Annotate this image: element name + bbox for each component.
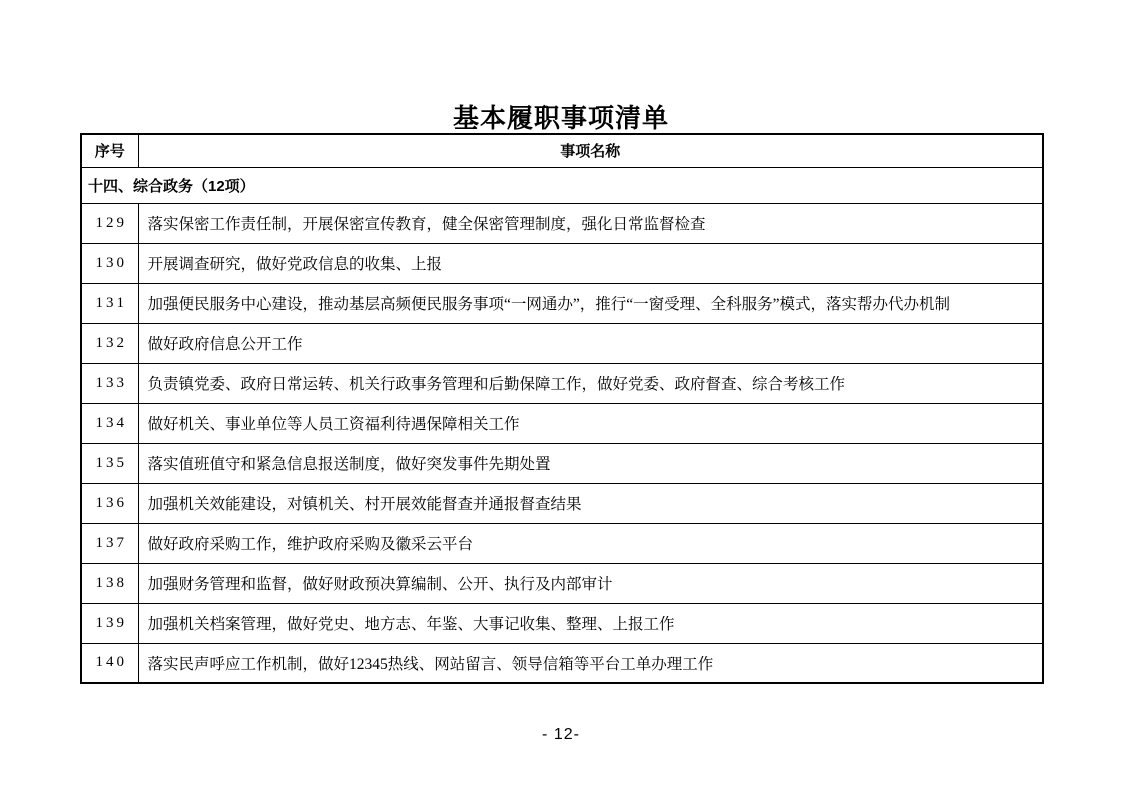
item-name: 开展调查研究，做好党政信息的收集、上报 (138, 243, 1043, 283)
item-number: 131 (81, 283, 138, 323)
column-header-no: 序号 (81, 134, 138, 167)
table-header-row: 序号 事项名称 (81, 134, 1043, 167)
item-number: 137 (81, 523, 138, 563)
table-row: 135 落实值班值守和紧急信息报送制度，做好突发事件先期处置 (81, 443, 1043, 483)
column-header-name: 事项名称 (138, 134, 1043, 167)
item-name: 落实值班值守和紧急信息报送制度，做好突发事件先期处置 (138, 443, 1043, 483)
section-title: 十四、综合政务（12项） (81, 167, 1043, 203)
item-number: 135 (81, 443, 138, 483)
item-name: 负责镇党委、政府日常运转、机关行政事务管理和后勤保障工作，做好党委、政府督查、综… (138, 363, 1043, 403)
item-name: 加强机关效能建设，对镇机关、村开展效能督查并通报督查结果 (138, 483, 1043, 523)
table-row: 131 加强便民服务中心建设，推动基层高频便民服务事项“一网通办”，推行“一窗受… (81, 283, 1043, 323)
duty-items-table: 序号 事项名称 十四、综合政务（12项） 129 落实保密工作责任制，开展保密宣… (80, 133, 1044, 684)
table-row: 140 落实民声呼应工作机制，做好12345热线、网站留言、领导信箱等平台工单办… (81, 643, 1043, 683)
item-name: 做好政府采购工作，维护政府采购及徽采云平台 (138, 523, 1043, 563)
item-name: 落实民声呼应工作机制，做好12345热线、网站留言、领导信箱等平台工单办理工作 (138, 643, 1043, 683)
item-number: 133 (81, 363, 138, 403)
table-body: 129 落实保密工作责任制，开展保密宣传教育，健全保密管理制度，强化日常监督检查… (81, 203, 1043, 683)
item-number: 138 (81, 563, 138, 603)
item-name: 加强便民服务中心建设，推动基层高频便民服务事项“一网通办”，推行“一窗受理、全科… (138, 283, 1043, 323)
item-name: 做好机关、事业单位等人员工资福利待遇保障相关工作 (138, 403, 1043, 443)
item-number: 136 (81, 483, 138, 523)
item-number: 132 (81, 323, 138, 363)
item-number: 134 (81, 403, 138, 443)
table-row: 132 做好政府信息公开工作 (81, 323, 1043, 363)
item-number: 139 (81, 603, 138, 643)
table-row: 129 落实保密工作责任制，开展保密宣传教育，健全保密管理制度，强化日常监督检查 (81, 203, 1043, 243)
table-row: 136 加强机关效能建设，对镇机关、村开展效能督查并通报督查结果 (81, 483, 1043, 523)
item-name: 加强财务管理和监督，做好财政预决算编制、公开、执行及内部审计 (138, 563, 1043, 603)
item-number: 130 (81, 243, 138, 283)
document-page: 基本履职事项清单 序号 事项名称 十四、综合政务（12项） 129 落实保密工作… (0, 0, 1122, 793)
page-number: - 12- (0, 726, 1122, 744)
section-header-row: 十四、综合政务（12项） (81, 167, 1043, 203)
item-number: 129 (81, 203, 138, 243)
table-row: 139 加强机关档案管理，做好党史、地方志、年鉴、大事记收集、整理、上报工作 (81, 603, 1043, 643)
page-title: 基本履职事项清单 (0, 98, 1122, 135)
item-name: 落实保密工作责任制，开展保密宣传教育，健全保密管理制度，强化日常监督检查 (138, 203, 1043, 243)
table-row: 133 负责镇党委、政府日常运转、机关行政事务管理和后勤保障工作，做好党委、政府… (81, 363, 1043, 403)
item-name: 做好政府信息公开工作 (138, 323, 1043, 363)
table-row: 138 加强财务管理和监督，做好财政预决算编制、公开、执行及内部审计 (81, 563, 1043, 603)
table-row: 134 做好机关、事业单位等人员工资福利待遇保障相关工作 (81, 403, 1043, 443)
item-number: 140 (81, 643, 138, 683)
table-row: 130 开展调查研究，做好党政信息的收集、上报 (81, 243, 1043, 283)
item-name: 加强机关档案管理，做好党史、地方志、年鉴、大事记收集、整理、上报工作 (138, 603, 1043, 643)
table-row: 137 做好政府采购工作，维护政府采购及徽采云平台 (81, 523, 1043, 563)
